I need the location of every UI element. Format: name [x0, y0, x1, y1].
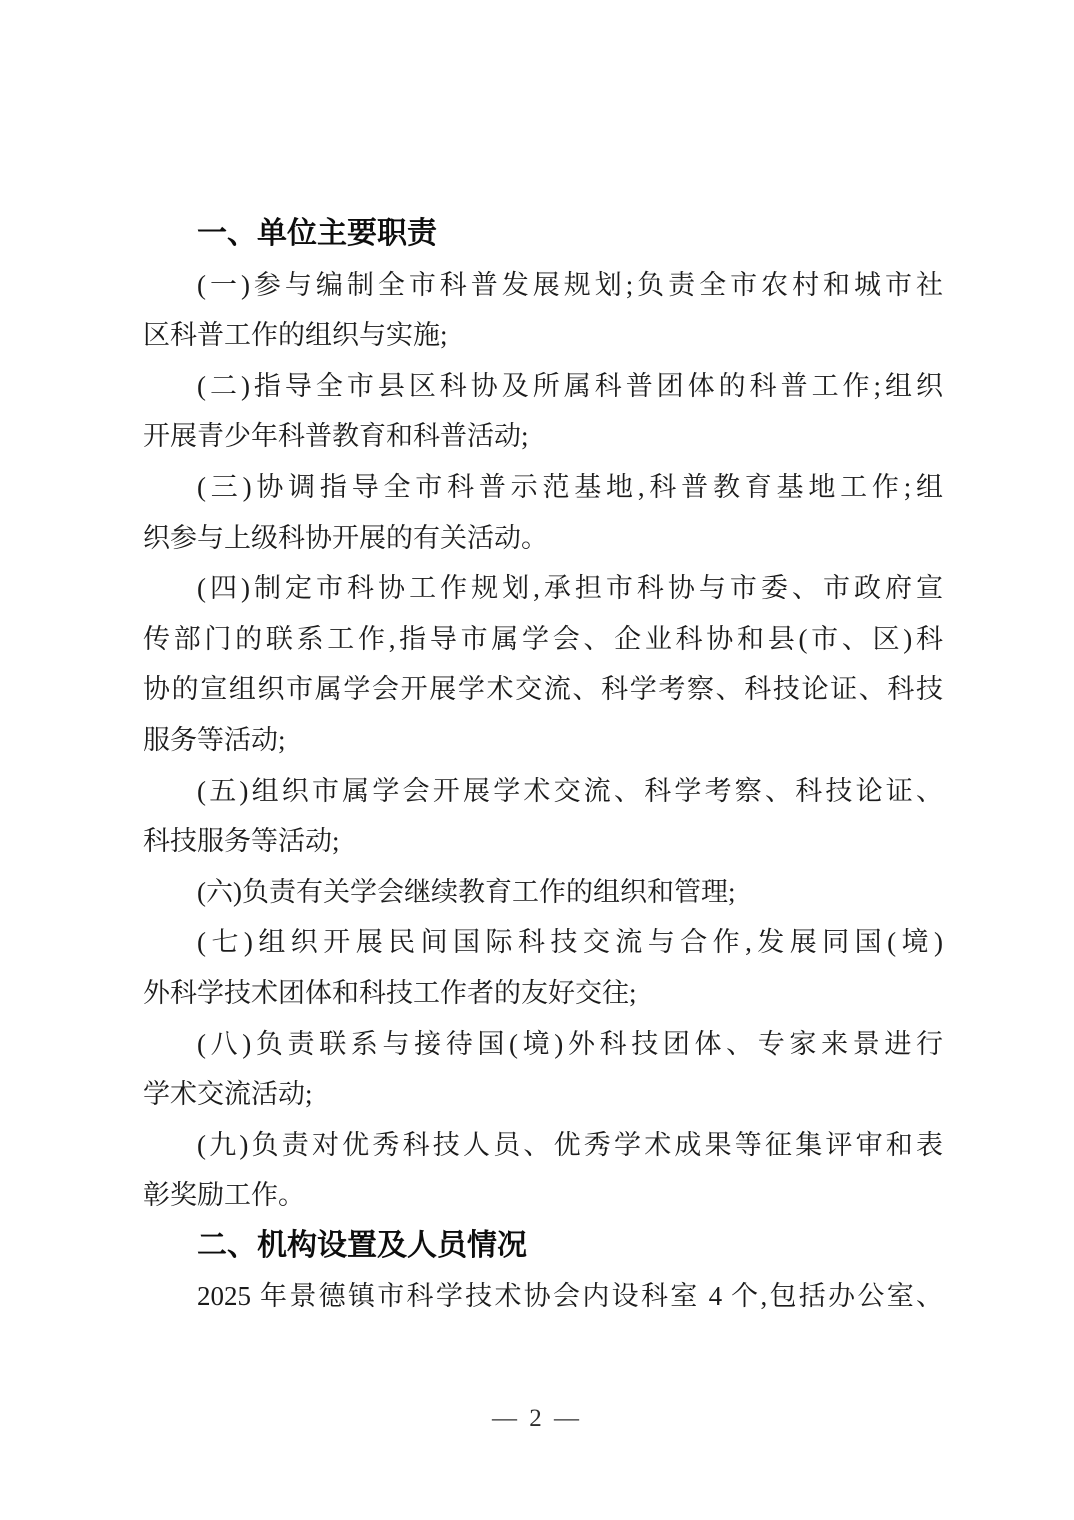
section-heading: 二、机构设置及人员情况 [143, 1221, 943, 1272]
text-line: 传部门的联系工作,指导市属学会、企业科协和县(市、区)科 [143, 614, 943, 665]
document-body: 一、单位主要职责(一)参与编制全市科普发展规划;负责全市农村和城市社区科普工作的… [143, 209, 943, 1322]
text-line: (七)组织开展民间国际科技交流与合作,发展同国(境) [143, 917, 943, 968]
text-line: 织参与上级科协开展的有关活动。 [143, 513, 943, 564]
text-line: (一)参与编制全市科普发展规划;负责全市农村和城市社 [143, 260, 943, 311]
text-line: 科技服务等活动; [143, 816, 943, 867]
text-line: 外科学技术团体和科技工作者的友好交往; [143, 968, 943, 1019]
text-line: 区科普工作的组织与实施; [143, 310, 943, 361]
text-line: (四)制定市科协工作规划,承担市科协与市委、市政府宣 [143, 563, 943, 614]
text-line: 服务等活动; [143, 715, 943, 766]
text-line: 协的宣组织市属学会开展学术交流、科学考察、科技论证、科技 [143, 664, 943, 715]
section-heading: 一、单位主要职责 [143, 209, 943, 260]
text-line: (五)组织市属学会开展学术交流、科学考察、科技论证、 [143, 766, 943, 817]
text-line: (二)指导全市县区科协及所属科普团体的科普工作;组织 [143, 361, 943, 412]
text-line: (九)负责对优秀科技人员、优秀学术成果等征集评审和表 [143, 1120, 943, 1171]
text-line: 彰奖励工作。 [143, 1170, 943, 1221]
text-line: 2025 年景德镇市科学技术协会内设科室 4 个,包括办公室、 [143, 1271, 943, 1322]
text-line: 学术交流活动; [143, 1069, 943, 1120]
page-footer: — 2 — [0, 1398, 1074, 1440]
document-page: 一、单位主要职责(一)参与编制全市科普发展规划;负责全市农村和城市社区科普工作的… [0, 0, 1074, 1520]
text-line: 开展青少年科普教育和科普活动; [143, 411, 943, 462]
text-line: (三)协调指导全市科普示范基地,科普教育基地工作;组 [143, 462, 943, 513]
page-number: — 2 — [492, 1405, 582, 1432]
text-line: (八)负责联系与接待国(境)外科技团体、专家来景进行 [143, 1019, 943, 1070]
text-line: (六)负责有关学会继续教育工作的组织和管理; [143, 867, 943, 918]
